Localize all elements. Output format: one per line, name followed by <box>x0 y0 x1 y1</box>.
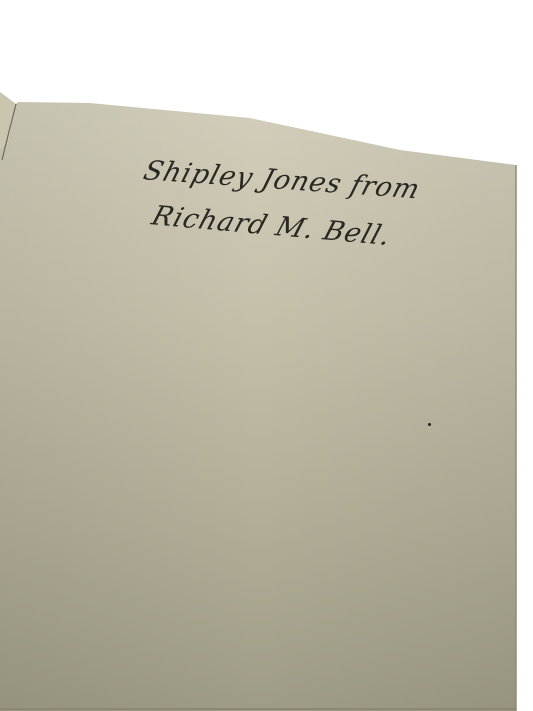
book-page-photo: Shipley Jones from Richard M. Bell. <box>0 0 533 711</box>
ink-speck <box>428 423 431 426</box>
book-page <box>0 0 533 711</box>
